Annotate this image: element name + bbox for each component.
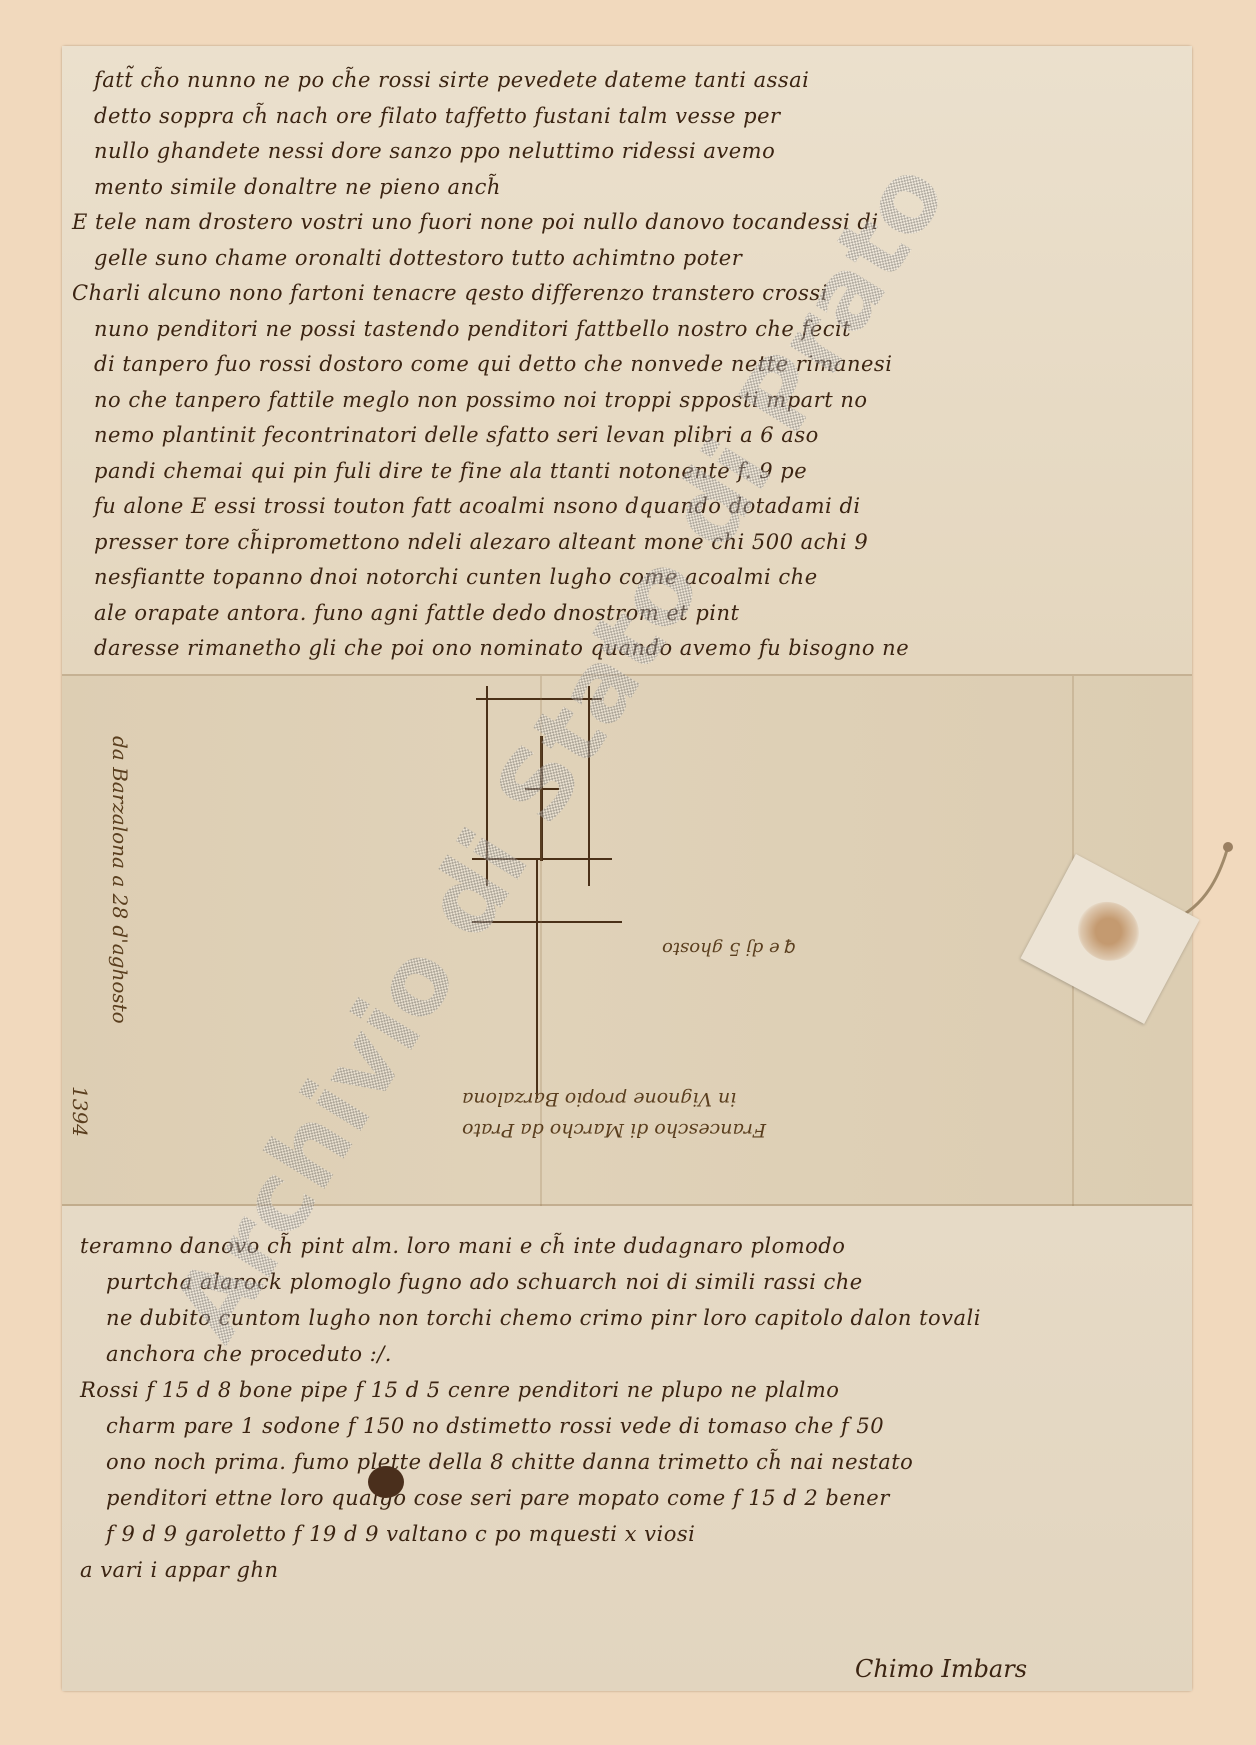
signature: Chimo Imbars (855, 1655, 1027, 1683)
manuscript-line: penditori ettne loro qualgo cose seri pa… (106, 1486, 890, 1510)
manuscript-line: charm pare 1 sodone f 150 no dstimetto r… (106, 1414, 884, 1438)
manuscript-line: a vari i appar ghn (80, 1558, 279, 1582)
manuscript-line: detto soppra ch̃ nach ore filato taffett… (94, 104, 781, 128)
manuscript-line: fatt̃ ch̃o nunno ne po ch̃e rossi sirte … (94, 68, 809, 92)
manuscript-sheet: fatt̃ ch̃o nunno ne po ch̃e rossi sirte … (62, 46, 1192, 1691)
received-note: ꝗ e dj 5 ghosto (662, 938, 797, 959)
margin-note: da Barzalona a 28 d'aghosto (108, 736, 132, 1024)
manuscript-line: nullo ghandete nessi dore sanzo ppo nelu… (94, 139, 775, 163)
wax-seal-remnant (1067, 891, 1149, 971)
address-vertical-rule (536, 859, 538, 1099)
manuscript-line: Charli alcuno nono fartoni tenacre qesto… (72, 281, 828, 305)
manuscript-line: ono noch prima. fumo plette della 8 chit… (106, 1450, 913, 1474)
manuscript-line: daresse rimanetho gli che poi ono nomina… (94, 636, 909, 660)
manuscript-line: f 9 d 9 garoletto f 19 d 9 valtano c po … (106, 1522, 695, 1546)
ink-blot (368, 1466, 404, 1498)
address-panel: 1394 da Barzalona a 28 d'aghosto ꝗ e dj … (62, 676, 1192, 1206)
address-line-1: in Vignone propio Barzalona (462, 1088, 736, 1110)
manuscript-line: mento simile donaltre ne pieno anch̃ (94, 175, 501, 199)
margin-date: 1394 (68, 1086, 92, 1137)
address-line-2: Francescho di Marcho da Prato (462, 1119, 766, 1141)
manuscript-line: nuno penditori ne possi tastendo pendito… (94, 317, 851, 341)
manuscript-line: gelle suno chame oronalti dottestoro tut… (94, 246, 742, 270)
manuscript-line: E tele nam drostero vostri uno fuori non… (72, 210, 879, 234)
manuscript-line: Rossi f 15 d 8 bone pipe f 15 d 5 cenre … (80, 1378, 839, 1402)
